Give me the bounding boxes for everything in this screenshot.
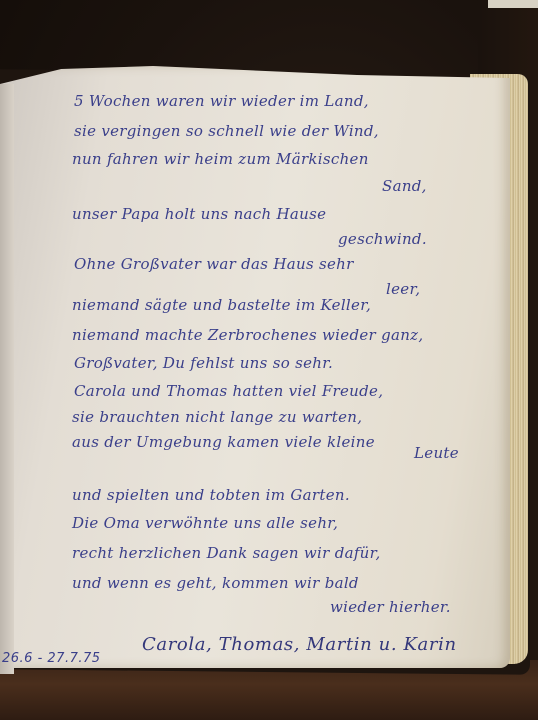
signature: Carola, Thomas, Martin u. Karin — [142, 634, 457, 655]
handwritten-line: 5 Wochen waren wir wieder im Land, — [74, 92, 369, 110]
handwritten-line: aus der Umgebung kamen viele kleine — [72, 433, 375, 451]
entry-date: 26.6 - 27.7.75 — [2, 651, 101, 666]
handwritten-line: unser Papa holt uns nach Hause — [72, 205, 326, 223]
handwritten-line: Ohne Großvater war das Haus sehr — [74, 255, 354, 273]
handwritten-line: recht herzlichen Dank sagen wir dafür, — [72, 544, 381, 562]
handwritten-line: leer, — [386, 280, 420, 298]
handwritten-line: niemand sägte und bastelte im Keller, — [72, 296, 371, 314]
handwritten-line: sie brauchten nicht lange zu warten, — [72, 408, 362, 426]
handwritten-line: Carola und Thomas hatten viel Freude, — [74, 382, 383, 400]
handwritten-line: geschwind. — [338, 230, 427, 248]
handwritten-line: nun fahren wir heim zum Märkischen — [72, 150, 369, 168]
handwritten-line: und spielten und tobten im Garten. — [72, 486, 350, 504]
handwritten-line: Sand, — [382, 177, 427, 195]
handwritten-line: wieder hierher. — [330, 598, 451, 616]
handwritten-line: Leute — [414, 444, 459, 462]
handwritten-line: Großvater, Du fehlst uns so sehr. — [74, 354, 333, 372]
handwritten-entry: 5 Wochen waren wir wieder im Land,sie ve… — [0, 0, 538, 720]
handwritten-line: sie vergingen so schnell wie der Wind, — [74, 122, 379, 140]
handwritten-line: Die Oma verwöhnte uns alle sehr, — [72, 514, 338, 532]
handwritten-line: und wenn es geht, kommen wir bald — [72, 574, 359, 592]
handwritten-line: niemand machte Zerbrochenes wieder ganz, — [72, 326, 423, 344]
